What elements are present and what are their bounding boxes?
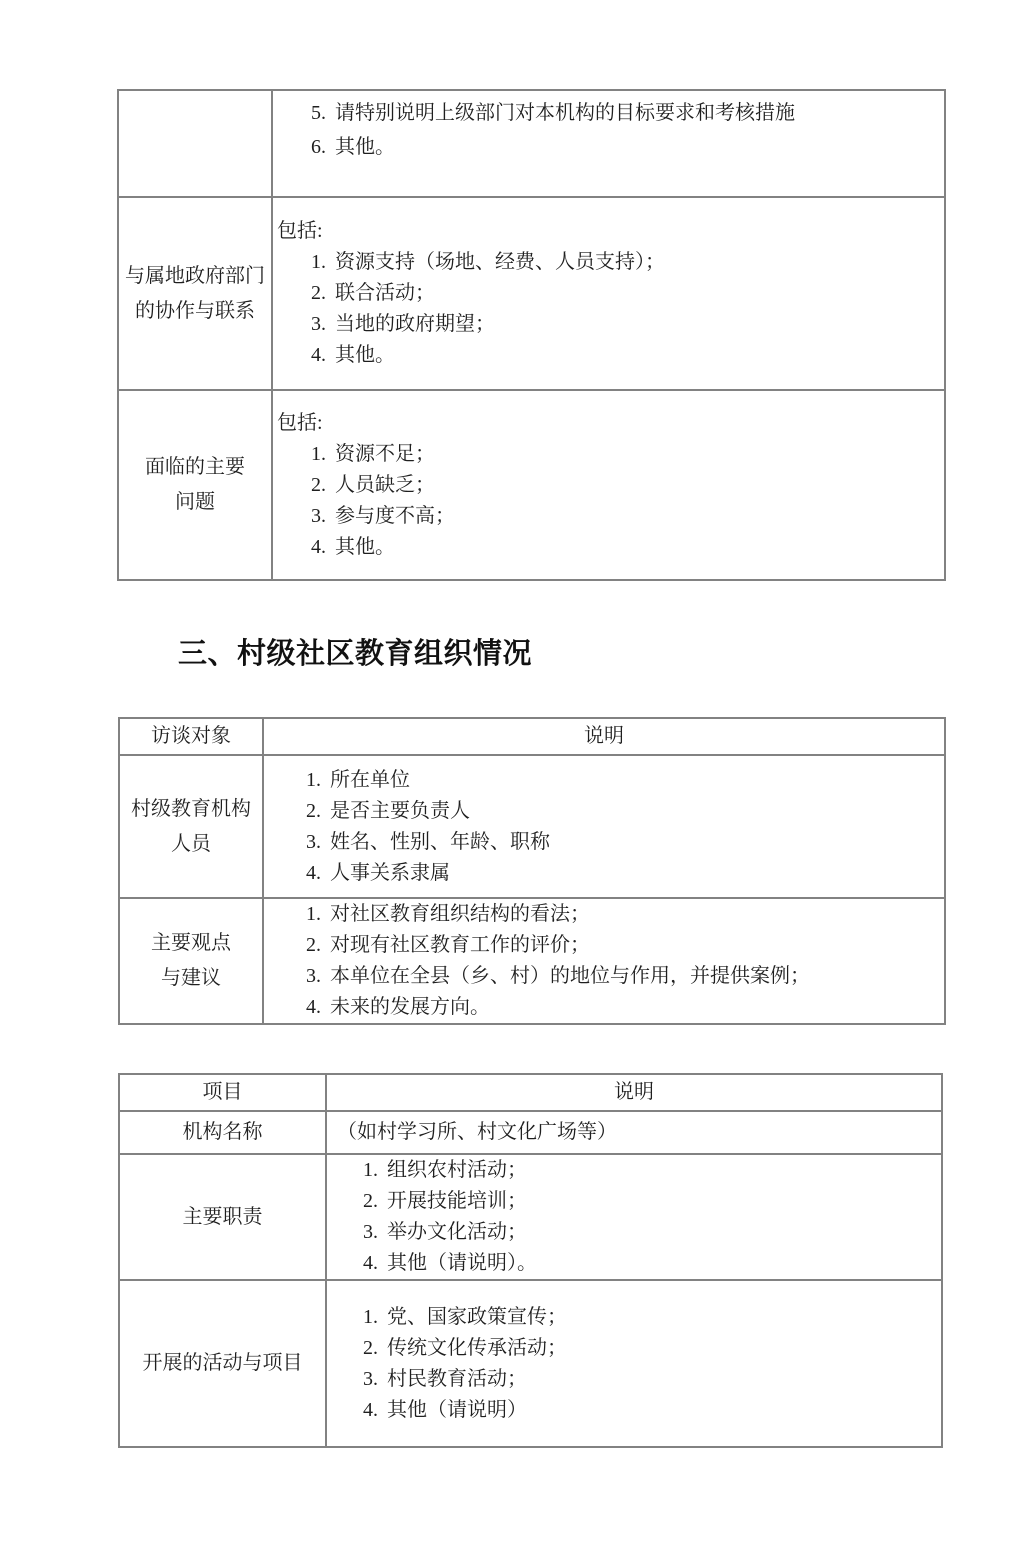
list-intro: 包括: [273,408,944,439]
list-text: 其他。 [335,532,944,563]
row-label-cell-empty [118,90,272,197]
list-number: 3. [306,827,330,858]
list-item: 3. 参与度不高； [273,501,944,532]
row-label-cell: 与属地政府部门 的协作与联系 [118,197,272,390]
table-row: 与属地政府部门 的协作与联系 包括: 1. 资源支持（场地、经费、人员支持）； … [118,197,945,390]
row-label-cell: 村级教育机构 人员 [119,755,263,898]
table-header-row: 访谈对象 说明 [119,718,945,755]
row-content-cell: 1. 组织农村活动； 2. 开展技能培训； 3. 举办文化活动； 4. 其他（请… [326,1154,942,1280]
list-number: 1. [311,439,335,470]
list-number: 2. [306,796,330,827]
list-item: 6. 其他。 [273,130,944,164]
table-row: 主要观点 与建议 1. 对社区教育组织结构的看法； 2. 对现有社区教育工作的评… [119,898,945,1024]
row-content-cell: 包括: 1. 资源不足； 2. 人员缺乏； 3. 参与度不高； 4. 其他。 [272,390,945,580]
list-item: 4. 其他。 [273,532,944,563]
list-number: 1. [306,765,330,796]
list-number: 3. [311,309,335,340]
table-row: 5. 请特别说明上级部门对本机构的目标要求和考核措施 6. 其他。 [118,90,945,197]
table-header-row: 项目 说明 [119,1074,942,1111]
list-text: 资源不足； [335,439,944,470]
column-header-description: 说明 [326,1074,942,1111]
row-label-line: 机构名称 [120,1115,325,1150]
column-header-project: 项目 [119,1074,326,1111]
list-number: 3. [363,1217,387,1248]
list-number: 6. [311,130,335,164]
list-number: 2. [363,1333,387,1364]
list-item: 4. 其他（请说明） [327,1395,941,1426]
table-section2-continued: 5. 请特别说明上级部门对本机构的目标要求和考核措施 6. 其他。 与属地政府部… [117,89,946,581]
list-text: 党、国家政策宣传； [387,1302,941,1333]
list-text: 对社区教育组织结构的看法； [330,899,944,930]
list-number: 1. [363,1302,387,1333]
list-text: 对现有社区教育工作的评价； [330,930,944,961]
list-item: 2. 开展技能培训； [327,1186,941,1217]
list-item: 3. 举办文化活动； [327,1217,941,1248]
list-item: 4. 未来的发展方向。 [264,992,944,1023]
list-text: 请特别说明上级部门对本机构的目标要求和考核措施 [335,96,944,130]
list-text: 未来的发展方向。 [330,992,944,1023]
list-text: 其他。 [335,340,944,371]
row-label-line: 与属地政府部门 [119,259,271,294]
list-number: 2. [306,930,330,961]
list-item: 4. 人事关系隶属 [264,858,944,889]
table-row: 面临的主要 问题 包括: 1. 资源不足； 2. 人员缺乏； 3. 参与度不高； [118,390,945,580]
list-number: 4. [311,340,335,371]
list-text: 其他（请说明）。 [387,1248,941,1279]
list-number: 1. [311,247,335,278]
list-item: 1. 资源不足； [273,439,944,470]
list-text: 资源支持（场地、经费、人员支持）； [335,247,944,278]
list-number: 4. [311,532,335,563]
list-item: 1. 资源支持（场地、经费、人员支持）； [273,247,944,278]
row-label-line: 主要职责 [120,1200,325,1235]
column-header-subject: 访谈对象 [119,718,263,755]
row-label-line: 村级教育机构 [120,792,262,827]
list-text: 本单位在全县（乡、村）的地位与作用，并提供案例； [330,961,944,992]
table-row: 主要职责 1. 组织农村活动； 2. 开展技能培训； 3. 举办文化活动； 4.… [119,1154,942,1280]
list-number: 4. [363,1395,387,1426]
row-content-cell: 包括: 1. 资源支持（场地、经费、人员支持）； 2. 联合活动； 3. 当地的… [272,197,945,390]
row-content-cell: 1. 所在单位 2. 是否主要负责人 3. 姓名、性别、年龄、职称 4. 人事关… [263,755,945,898]
list-text: 联合活动； [335,278,944,309]
list-text: 举办文化活动； [387,1217,941,1248]
list-item: 1. 党、国家政策宣传； [327,1302,941,1333]
list-text: 所在单位 [330,765,944,796]
list-item: 2. 是否主要负责人 [264,796,944,827]
list-number: 2. [311,470,335,501]
list-number: 2. [311,278,335,309]
list-item: 1. 对社区教育组织结构的看法； [264,899,944,930]
document-page: 5. 请特别说明上级部门对本机构的目标要求和考核措施 6. 其他。 与属地政府部… [0,0,1030,1549]
list-number: 3. [306,961,330,992]
list-text: 村民教育活动； [387,1364,941,1395]
list-text: 是否主要负责人 [330,796,944,827]
list-text: 传统文化传承活动； [387,1333,941,1364]
row-label-line: 的协作与联系 [119,294,271,329]
list-number: 3. [311,501,335,532]
column-header-description: 说明 [263,718,945,755]
list-number: 3. [363,1364,387,1395]
row-label-line: 开展的活动与项目 [120,1346,325,1381]
list-item: 2. 人员缺乏； [273,470,944,501]
list-text: 其他。 [335,130,944,164]
list-text: 姓名、性别、年龄、职称 [330,827,944,858]
section-heading: 三、村级社区教育组织情况 [178,634,532,674]
row-label-line: 主要观点 [120,926,262,961]
list-number: 4. [363,1248,387,1279]
list-item: 4. 其他（请说明）。 [327,1248,941,1279]
row-content-cell: 1. 对社区教育组织结构的看法； 2. 对现有社区教育工作的评价； 3. 本单位… [263,898,945,1024]
list-item: 2. 对现有社区教育工作的评价； [264,930,944,961]
list-number: 4. [306,858,330,889]
list-item: 5. 请特别说明上级部门对本机构的目标要求和考核措施 [273,96,944,130]
row-label-line: 问题 [119,485,271,520]
list-text: 参与度不高； [335,501,944,532]
list-number: 4. [306,992,330,1023]
list-text: 其他（请说明） [387,1395,941,1426]
project-table: 项目 说明 机构名称 （如村学习所、村文化广场等） 主要职责 1. 组织农村活动… [118,1073,943,1448]
list-item: 4. 其他。 [273,340,944,371]
list-item: 3. 本单位在全县（乡、村）的地位与作用，并提供案例； [264,961,944,992]
list-item: 1. 组织农村活动； [327,1155,941,1186]
list-number: 2. [363,1186,387,1217]
list-number: 1. [363,1155,387,1186]
table-row: 机构名称 （如村学习所、村文化广场等） [119,1111,942,1154]
list-text: 人员缺乏； [335,470,944,501]
list-item: 1. 所在单位 [264,765,944,796]
list-text: 当地的政府期望； [335,309,944,340]
row-label-line: 面临的主要 [119,450,271,485]
row-content-cell: （如村学习所、村文化广场等） [326,1111,942,1154]
list-number: 1. [306,899,330,930]
table-row: 开展的活动与项目 1. 党、国家政策宣传； 2. 传统文化传承活动； 3. 村民… [119,1280,942,1447]
cell-note-text: （如村学习所、村文化广场等） [327,1117,941,1148]
row-label-cell: 主要职责 [119,1154,326,1280]
row-label-cell: 机构名称 [119,1111,326,1154]
list-item: 3. 村民教育活动； [327,1364,941,1395]
list-text: 组织农村活动； [387,1155,941,1186]
row-content-cell: 5. 请特别说明上级部门对本机构的目标要求和考核措施 6. 其他。 [272,90,945,197]
row-label-line: 人员 [120,827,262,862]
list-item: 2. 联合活动； [273,278,944,309]
list-item: 3. 姓名、性别、年龄、职称 [264,827,944,858]
row-content-cell: 1. 党、国家政策宣传； 2. 传统文化传承活动； 3. 村民教育活动； 4. … [326,1280,942,1447]
list-intro: 包括: [273,216,944,247]
interview-table: 访谈对象 说明 村级教育机构 人员 1. 所在单位 2. 是否主要负责人 3. … [118,717,946,1025]
row-label-cell: 开展的活动与项目 [119,1280,326,1447]
row-label-line: 与建议 [120,961,262,996]
table-row: 村级教育机构 人员 1. 所在单位 2. 是否主要负责人 3. 姓名、性别、年龄… [119,755,945,898]
row-label-cell: 面临的主要 问题 [118,390,272,580]
row-label-cell: 主要观点 与建议 [119,898,263,1024]
list-item: 2. 传统文化传承活动； [327,1333,941,1364]
list-text: 开展技能培训； [387,1186,941,1217]
list-number: 5. [311,96,335,130]
list-text: 人事关系隶属 [330,858,944,889]
list-item: 3. 当地的政府期望； [273,309,944,340]
